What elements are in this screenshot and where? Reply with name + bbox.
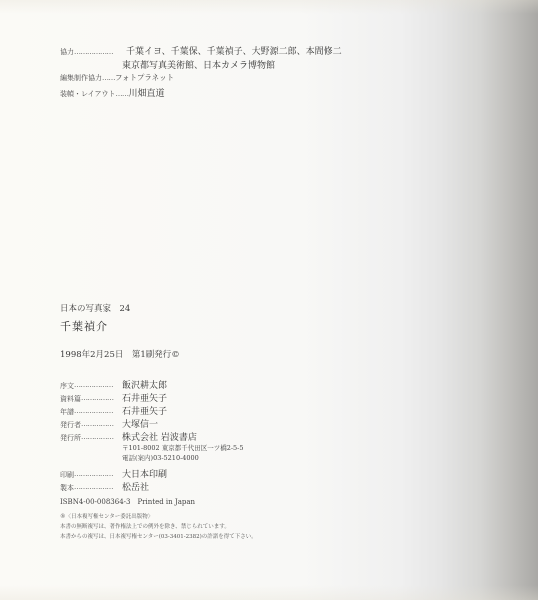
- edition-date: 1998年2月25日 第1刷発行©: [60, 348, 180, 360]
- dot-leader: ……………: [81, 433, 114, 443]
- credit-value: フォトプラネット: [115, 72, 174, 83]
- production-row: 印刷……………… 大日本印刷: [60, 467, 244, 480]
- staff-value: 大塚信一: [122, 417, 158, 430]
- production-label: 製本: [60, 483, 74, 493]
- copyright-notice: ®〈日本複写権センター委託出版物〉 本書の無断複写は、著作権法上での例外を除き、…: [60, 512, 257, 542]
- colophon-page: 協力 ……………… 千葉イヨ、千葉保、千葉禎子、大野源二郎、本間修二 東京都写真…: [0, 0, 538, 600]
- credits-block: 協力 ……………… 千葉イヨ、千葉保、千葉禎子、大野源二郎、本間修二 東京都写真…: [60, 44, 342, 100]
- staff-row: 年譜……………… 石井亜矢子: [60, 404, 244, 417]
- staff-row: 資料篇…………… 石井亜矢子: [60, 391, 244, 404]
- staff-row: 序文……………… 飯沢耕太郎: [60, 378, 244, 391]
- publisher-address: 〒101-8002 東京都千代田区一ツ橋2-5-5: [60, 443, 244, 453]
- staff-label: 発行所: [60, 433, 81, 443]
- staff-label: 序文: [60, 381, 74, 391]
- credit-design: 装幀・レイアウト …… 川畑直道: [60, 86, 342, 100]
- staff-value: 株式会社 岩波書店: [122, 430, 197, 443]
- dot-leader: ………………: [74, 483, 113, 493]
- credit-cooperation-cont: 東京都写真美術館、日本カメラ博物館: [60, 58, 342, 72]
- edition-block: 1998年2月25日 第1刷発行©: [60, 348, 180, 360]
- credit-value: 川畑直道: [128, 86, 164, 99]
- staff-label: 年譜: [60, 407, 74, 417]
- staff-label: 発行者: [60, 420, 81, 430]
- notice-line: ®〈日本複写権センター委託出版物〉: [60, 512, 257, 522]
- staff-label: 資料篇: [60, 394, 81, 404]
- credit-value: 千葉イヨ、千葉保、千葉禎子、大野源二郎、本間修二: [126, 44, 342, 57]
- staff-value: 石井亜矢子: [122, 391, 167, 404]
- production-label: 印刷: [60, 470, 74, 480]
- book-title: 千葉禎介: [60, 318, 130, 340]
- credit-value: 東京都写真美術館、日本カメラ博物館: [122, 58, 275, 71]
- credit-label: 協力: [60, 47, 74, 57]
- production-value: 松岳社: [122, 480, 149, 493]
- production-value: 大日本印刷: [122, 467, 167, 480]
- title-block: 日本の写真家 24 千葉禎介: [60, 302, 130, 340]
- staff-value: 飯沢耕太郎: [122, 378, 167, 391]
- staff-row: 発行者…………… 大塚信一: [60, 417, 244, 430]
- dot-leader: ……………: [81, 394, 114, 404]
- staff-value: 石井亜矢子: [122, 404, 167, 417]
- staff-block: 序文……………… 飯沢耕太郎 資料篇…………… 石井亜矢子 年譜……………… 石…: [60, 378, 244, 493]
- credit-cooperation: 協力 ……………… 千葉イヨ、千葉保、千葉禎子、大野源二郎、本間修二: [60, 44, 342, 58]
- notice-line: 本書からの複写は、日本複写権センター(03-3401-2382)の許諾を得て下さ…: [60, 532, 257, 542]
- credit-editorial: 編集制作協力 …… フォトプラネット: [60, 72, 342, 86]
- isbn-line: ISBN4-00-008364-3 Printed in Japan: [60, 497, 195, 507]
- credit-label: 装幀・レイアウト: [60, 89, 115, 99]
- dot-leader: ……: [115, 90, 128, 98]
- dot-leader: ………………: [74, 48, 126, 56]
- dot-leader: ………………: [74, 381, 113, 391]
- series-name: 日本の写真家 24: [60, 302, 130, 318]
- dot-leader: ………………: [74, 407, 113, 417]
- production-row: 製本……………… 松岳社: [60, 480, 244, 493]
- dot-leader: ………………: [74, 470, 113, 480]
- notice-line: 本書の無断複写は、著作権法上での例外を除き、禁じられています。: [60, 522, 257, 532]
- publisher-phone: 電話(案内)03-5210-4000: [60, 453, 244, 463]
- credit-label: 編集制作協力: [60, 73, 102, 83]
- dot-leader: ……………: [81, 420, 114, 430]
- dot-leader: ……: [102, 74, 115, 82]
- staff-row: 発行所…………… 株式会社 岩波書店: [60, 430, 244, 443]
